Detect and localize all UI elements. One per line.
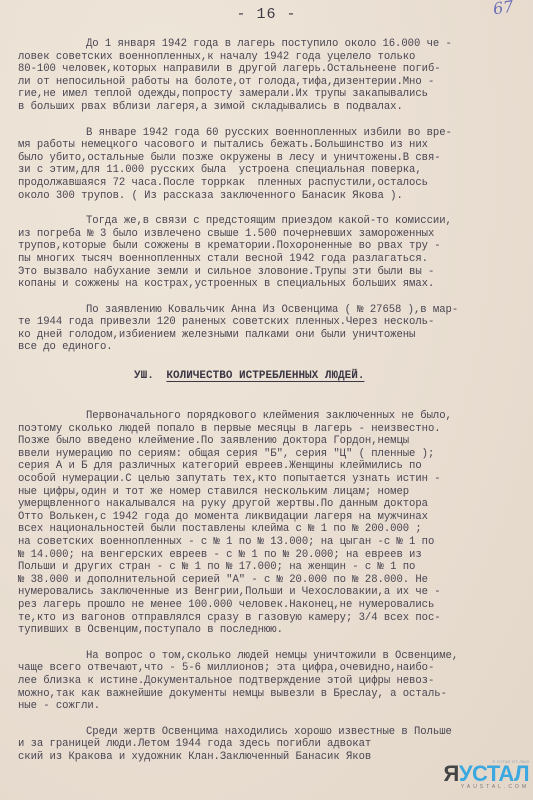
text-line: особой нумерации.С целью запутать тех,кт…: [18, 473, 523, 486]
text-line: Среди жертв Освенцима находились хорошо …: [18, 726, 523, 739]
text-line: № 38.000 и дополнительной серией "А" - с…: [18, 574, 523, 587]
watermark-logo: ЯУСТАЛ: [444, 764, 529, 784]
text-line: около 300 трупов. ( Из рассказа заключен…: [18, 190, 523, 203]
text-line: гие,не имел теплой одежды,попросту замер…: [18, 88, 523, 101]
text-line: ловек советских военнопленных,к началу 1…: [18, 51, 523, 64]
text-line: зи с этим,для 11.000 русских была устрое…: [18, 164, 523, 177]
text-line: рез лагерь прошло не менее 100.000 челов…: [18, 599, 523, 612]
text-line: ные цифры,один и тот же номер ставился н…: [18, 486, 523, 499]
text-line: на советских военнопленных - с № 1 по № …: [18, 536, 523, 549]
text-line: Тогда же,в связи с предстоящим приездом …: [18, 215, 523, 228]
document-body: До 1 января 1942 года в лагерь поступило…: [18, 38, 523, 777]
paragraphs-after-heading: Первоначального порядкового клеймения за…: [18, 410, 523, 763]
text-line: из погреба № 3 было извлечено свыше 1.50…: [18, 228, 523, 241]
text-line: мя работы немецкого часового и пытались …: [18, 139, 523, 152]
text-line: ли от непосильной работы на болоте,от го…: [18, 76, 523, 89]
section-title: КОЛИЧЕСТВО ИСТРЕБЛЕННЫХ ЛЮДЕЙ.: [166, 370, 364, 382]
text-line: все до единого.: [18, 341, 523, 354]
text-line: и за границей люди.Летом 1944 года здесь…: [18, 738, 523, 751]
text-line: нумеровались заключенные из Венгрии,Поль…: [18, 586, 523, 599]
text-line: чаще всего отвечают,что - 5-6 миллионов;…: [18, 662, 523, 675]
text-line: те,кто из вагонов отправлялся сразу в га…: [18, 612, 523, 625]
paragraph: В январе 1942 года 60 русских военноплен…: [18, 127, 523, 203]
text-line: В январе 1942 года 60 русских военноплен…: [18, 127, 523, 140]
text-line: До 1 января 1942 года в лагерь поступило…: [18, 38, 523, 51]
text-line: тупивших в Освенцим,поступало в последню…: [18, 624, 523, 637]
section-number: УШ.: [134, 370, 154, 382]
text-line: По заявлению Ковальчик Анна Из Освенцима…: [18, 304, 523, 317]
text-line: Отто Волькен,с 1942 года до момента ликв…: [18, 511, 523, 524]
section-heading: УШ. КОЛИЧЕСТВО ИСТРЕБЛЕННЫХ ЛЮДЕЙ.: [18, 370, 523, 382]
paragraphs-before-heading: До 1 января 1942 года в лагерь поступило…: [18, 38, 523, 354]
paragraph: По заявлению Ковальчик Анна Из Освенцима…: [18, 304, 523, 354]
text-line: поэтому сколько людей попало в первые ме…: [18, 423, 523, 436]
handwritten-archive-mark: 67: [491, 0, 514, 18]
watermark: Я УСТАЛ ОТ ЛЖИ ЯУСТАЛ YAUSTAL.COM: [444, 759, 529, 790]
text-line: На вопрос о том,сколько людей немцы унич…: [18, 650, 523, 663]
text-line: продолжавшаяся 72 часа.После торркак пле…: [18, 177, 523, 190]
paragraph: До 1 января 1942 года в лагерь поступило…: [18, 38, 523, 114]
text-line: можно,так как важнейшие документы немцы …: [18, 688, 523, 701]
text-line: Позже было введено клеймение.По заявлени…: [18, 435, 523, 448]
text-line: всех национальностей были поставлены кле…: [18, 523, 523, 536]
text-line: Первоначального порядкового клеймения за…: [18, 410, 523, 423]
text-line: умерщвленного накалывался на руку другой…: [18, 498, 523, 511]
paragraph: Среди жертв Освенцима находились хорошо …: [18, 726, 523, 764]
text-line: лее близка к истине.Документальное подтв…: [18, 675, 523, 688]
text-line: ные - сожгли.: [18, 700, 523, 713]
text-line: Польши и других стран - с № 1 по № 17.00…: [18, 561, 523, 574]
text-line: пы многих тысяч военнопленных стали весн…: [18, 253, 523, 266]
text-line: № 14.000; на венгерских евреев - с № 1 п…: [18, 549, 523, 562]
text-line: копаны и сожжены на кострах,устроенных в…: [18, 278, 523, 291]
text-line: 80-100 человек,которых направили в друго…: [18, 63, 523, 76]
text-line: в больших рвах вблизи лагеря,а зимой скл…: [18, 101, 523, 114]
page-number: - 16 -: [0, 6, 533, 23]
text-line: те 1944 года привезли 120 раненых советс…: [18, 316, 523, 329]
paragraph: Тогда же,в связи с предстоящим приездом …: [18, 215, 523, 291]
text-line: серия А и Б для различных категорий евре…: [18, 460, 523, 473]
text-line: трупов,которые были сожжены в крематории…: [18, 240, 523, 253]
text-line: было убито,остальные были позже окружены…: [18, 152, 523, 165]
text-line: ввели нумерацию по сериям: общая серия "…: [18, 448, 523, 461]
paragraph: На вопрос о том,сколько людей немцы унич…: [18, 650, 523, 713]
text-line: Это вызвало набухание земли и сильное зл…: [18, 266, 523, 279]
text-line: ко дней голодом,избиением железными палк…: [18, 329, 523, 342]
paragraph: Первоначального порядкового клеймения за…: [18, 410, 523, 637]
